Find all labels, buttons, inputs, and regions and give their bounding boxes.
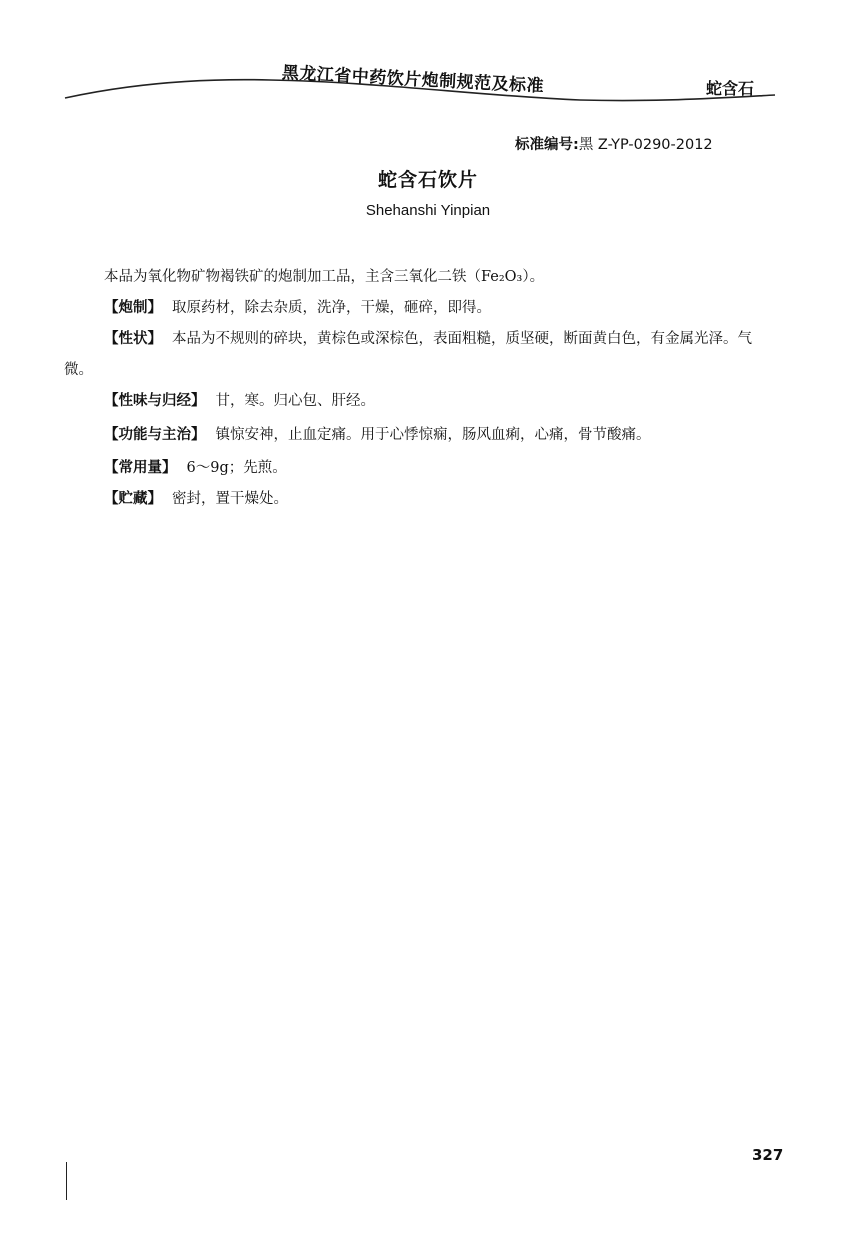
- section-text: 取原药材，除去杂质，洗净，干燥，砸碎，即得。: [172, 300, 491, 316]
- running-header-section: 蛇含石: [706, 76, 754, 99]
- section-tag: 【性状】: [104, 331, 162, 347]
- standard-number-value: 黑 Z-YP-0290-2012: [579, 137, 713, 153]
- section-text: 镇惊安神，止血定痛。用于心悸惊痫，肠风血痢，心痛，骨节酸痛。: [216, 427, 651, 443]
- intro-paragraph: 本品为氧化物矿物褐铁矿的炮制加工品，主含三氧化二铁（Fe₂O₃）。: [64, 262, 776, 293]
- monograph-body: 本品为氧化物矿物褐铁矿的炮制加工品，主含三氧化二铁（Fe₂O₃）。 【炮制】取原…: [64, 262, 776, 515]
- section-tag: 【常用量】: [104, 460, 177, 476]
- footer-margin-line: [66, 1162, 67, 1200]
- section-dosage: 【常用量】6～9g；先煎。: [64, 453, 776, 484]
- section-text: 本品为不规则的碎块，黄棕色或深棕色，表面粗糙，质坚硬，断面黄白色，有金属光泽。气…: [64, 331, 752, 378]
- section-nature-meridian: 【性味与归经】甘，寒。归心包、肝经。: [64, 386, 776, 417]
- section-description: 【性状】本品为不规则的碎块，黄棕色或深棕色，表面粗糙，质坚硬，断面黄白色，有金属…: [64, 324, 776, 386]
- standard-number-label: 标准编号:: [515, 137, 579, 153]
- section-tag: 【性味与归经】: [104, 393, 206, 409]
- document-title: 蛇含石饮片: [0, 165, 850, 192]
- section-text: 6～9g；先煎。: [187, 460, 287, 476]
- section-text: 密封，置干燥处。: [172, 491, 288, 507]
- section-tag: 【贮藏】: [104, 491, 162, 507]
- section-storage: 【贮藏】密封，置干燥处。: [64, 484, 776, 515]
- section-tag: 【功能与主治】: [104, 427, 206, 443]
- standard-number: 标准编号:黑 Z-YP-0290-2012: [515, 133, 713, 154]
- document-subtitle-pinyin: Shehanshi Yinpian: [0, 202, 850, 219]
- page-number: 327: [752, 1146, 783, 1164]
- section-function-indication: 【功能与主治】镇惊安神，止血定痛。用于心悸惊痫，肠风血痢，心痛，骨节酸痛。: [64, 417, 776, 453]
- section-tag: 【炮制】: [104, 300, 162, 316]
- section-text: 甘，寒。归心包、肝经。: [216, 393, 376, 409]
- section-processing: 【炮制】取原药材，除去杂质，洗净，干燥，砸碎，即得。: [64, 293, 776, 324]
